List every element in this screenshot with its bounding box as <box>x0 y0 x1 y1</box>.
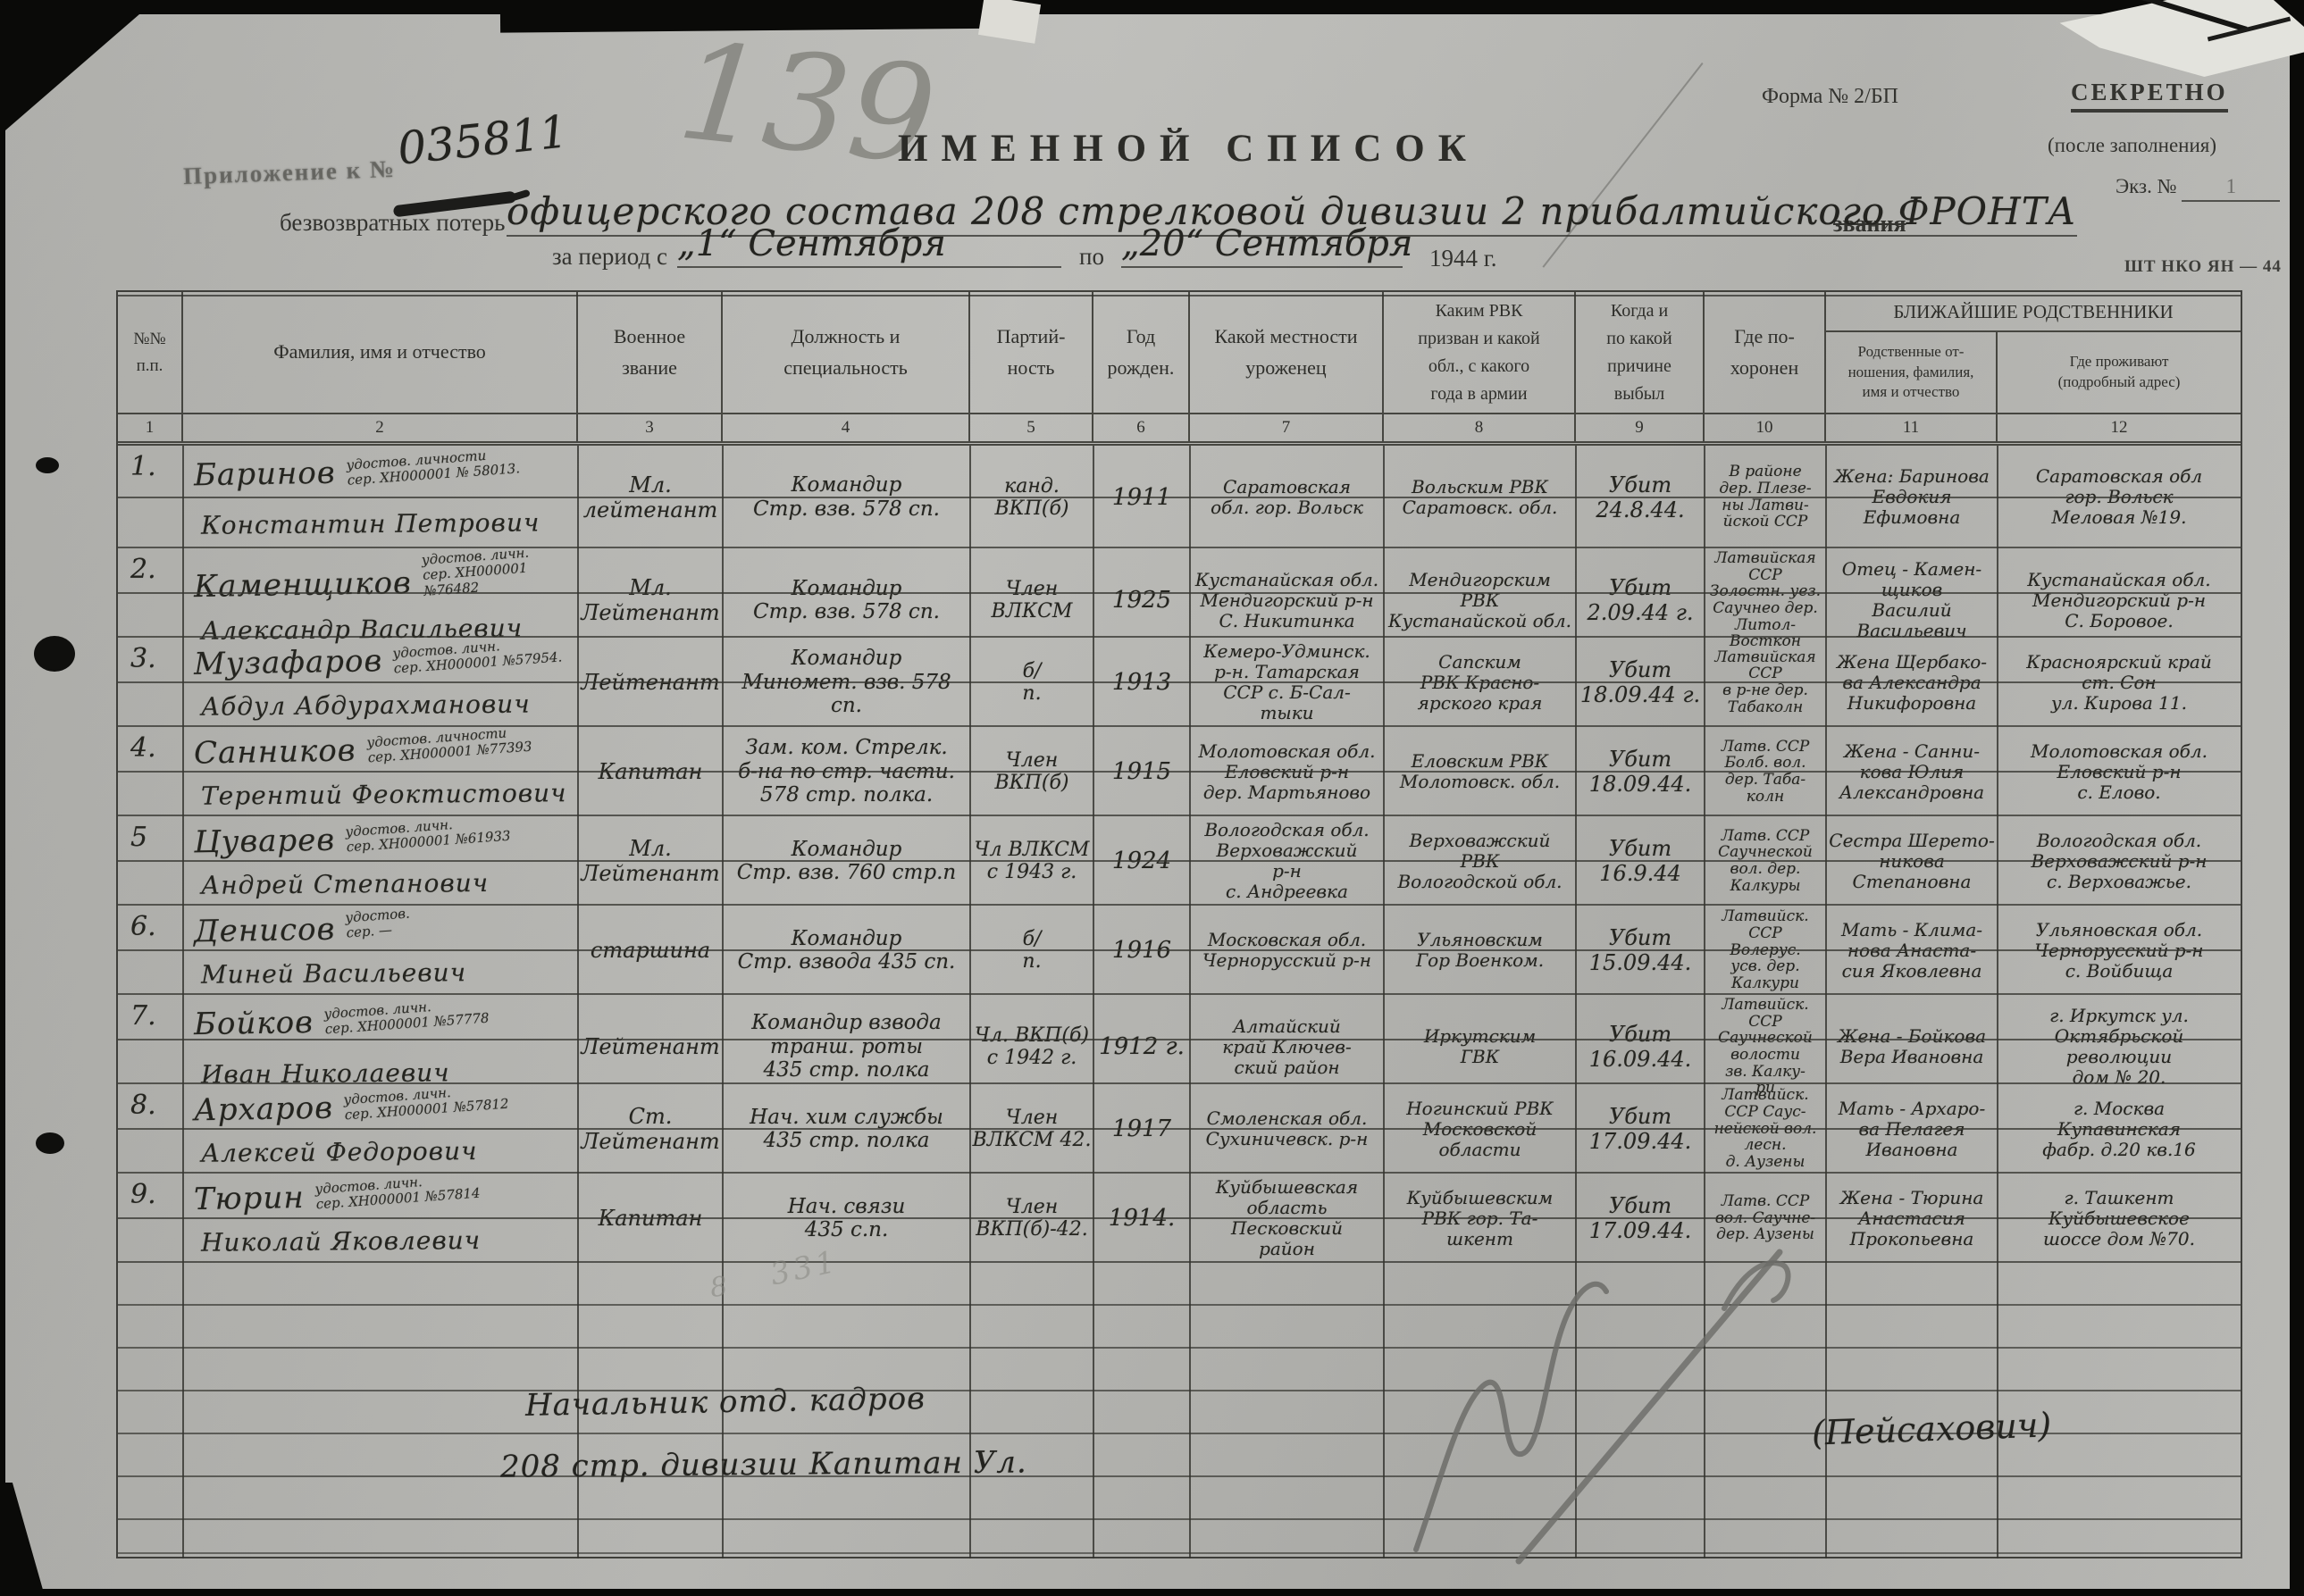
signature-title-line2: 208 стр. дивизии Капитан Ул. <box>500 1444 1027 1484</box>
surname: Денисов <box>194 911 336 949</box>
copy-number-value: 1 <box>2182 175 2280 202</box>
id-certificate-note: удостов. личн. сер. ХН000001 №57814 <box>314 1171 481 1213</box>
losses-table: №№ п.п. Фамилия, имя и отчество Военное … <box>116 290 2242 1558</box>
table-entry: 2.Каменщиковудостов. личн. сер. ХН000001… <box>118 548 2241 638</box>
col-header-buried: Где по- хоронен <box>1705 292 1826 413</box>
secrecy-note: (после заполнения) <box>2048 134 2216 157</box>
column-number: 5 <box>970 414 1093 441</box>
punch-hole <box>34 636 75 672</box>
column-number: 2 <box>183 414 578 441</box>
secrecy-stamp: СЕКРЕТНО <box>2071 79 2228 113</box>
table-entry: 9.Тюринудостов. личн. сер. ХН000001 №578… <box>118 1174 2241 1263</box>
col-header-relative: Родственные от- ношения, фамилия, имя и … <box>1826 332 1998 413</box>
col-header-party: Партий- ность <box>970 292 1093 413</box>
column-number: 4 <box>723 414 970 441</box>
col-group-relatives: БЛИЖАЙШИЕ РОДСТВЕННИКИ Родственные от- н… <box>1826 292 2241 413</box>
table-entry: 7.Бойковудостов. личн. сер. ХН000001 №57… <box>118 995 2241 1084</box>
col-header-name: Фамилия, имя и отчество <box>183 292 578 413</box>
surname: Каменщиков <box>194 564 412 604</box>
table-entry: 6.Денисовудостов. сер. —Миней Васильевич… <box>118 906 2241 995</box>
form-code-stamp: ШТ НКО ЯН — 44 <box>2124 257 2282 277</box>
relatives-group-title: БЛИЖАЙШИЕ РОДСТВЕННИКИ <box>1826 292 2241 332</box>
ruled-line <box>118 681 2241 683</box>
table-entry: 8.Архаровудостов. личн. сер. ХН000001 №5… <box>118 1084 2241 1174</box>
surname: Баринов <box>194 455 336 493</box>
column-number: 7 <box>1190 414 1384 441</box>
col-header-index: №№ п.п. <box>118 292 183 413</box>
period-from: „1“ Сентября <box>677 223 1061 268</box>
id-certificate-note: удостов. личн. сер. ХН000001 №57954. <box>392 635 563 678</box>
column-number: 12 <box>1998 414 2241 441</box>
surname: Бойков <box>194 1005 314 1042</box>
column-number: 9 <box>1576 414 1705 441</box>
given-name: Миней Васильевич <box>194 957 574 990</box>
signature-name: (Пейсахович) <box>1811 1405 2052 1452</box>
table-entries: 1.Бариновудостов. личности сер. ХН000001… <box>118 446 2241 1558</box>
punch-hole <box>36 1132 64 1154</box>
col-header-rank: Военное звание <box>578 292 723 413</box>
id-certificate-note: удостов. личн. сер. ХН000001 №61933 <box>345 814 511 856</box>
column-number: 11 <box>1826 414 1998 441</box>
column-numbers-row: 123456789101112 <box>118 413 2241 446</box>
ruled-line <box>118 592 2241 594</box>
id-certificate-note: удостов. личности сер. ХН000001 №77393 <box>366 724 532 766</box>
ruled-line <box>118 1039 2241 1040</box>
period-to: „20“ Сентября <box>1121 223 1403 268</box>
ruled-line <box>118 1217 2241 1219</box>
punch-hole <box>36 457 59 473</box>
table-entry: 1.Бариновудостов. личности сер. ХН000001… <box>118 446 2241 548</box>
period-year: 1944 г. <box>1429 245 1497 272</box>
ruled-line <box>118 497 2241 498</box>
ruled-line <box>118 1128 2241 1130</box>
surname: Санников <box>194 732 356 771</box>
id-certificate-note: удостов. личн. сер. ХН000001 №57812 <box>343 1082 509 1124</box>
surname: Тюрин <box>194 1180 305 1217</box>
ruled-line <box>118 860 2241 862</box>
given-name: Николай Яковлевич <box>194 1224 574 1258</box>
surname: Музафаров <box>194 643 383 682</box>
given-name: Терентий Феоктистович <box>194 778 574 811</box>
period-to-label: по <box>1079 243 1104 271</box>
copy-number-label: Экз. № 1 <box>2115 175 2280 202</box>
given-name: Абдул Абдурахманович <box>194 689 574 722</box>
col-header-fate: Когда и по какой причине выбыл <box>1576 292 1705 413</box>
surname: Архаров <box>194 1090 334 1128</box>
column-number: 6 <box>1093 414 1190 441</box>
subtitle-printed: безвозвратных потерь <box>280 209 505 237</box>
id-certificate-note: удостов. личн. сер. ХН000001 №76482 <box>421 542 575 598</box>
column-number: 10 <box>1705 414 1826 441</box>
surname: Цуварев <box>194 822 336 860</box>
table-entry: 4.Санниковудостов. личности сер. ХН00000… <box>118 727 2241 816</box>
given-name: Андрей Степанович <box>194 867 574 900</box>
col-header-origin: Какой местности уроженец <box>1190 292 1384 413</box>
document-title: ИМЕННОЙ СПИСОК <box>898 127 1479 171</box>
signature-title-line1: Начальник отд. кадров <box>525 1381 926 1424</box>
id-certificate-note: удостов. личн. сер. ХН000001 №57778 <box>323 996 490 1038</box>
column-number: 3 <box>578 414 723 441</box>
col-header-rvk: Каким РВК призван и какой обл., с какого… <box>1384 292 1576 413</box>
ruled-line <box>118 1261 2241 1263</box>
table-header-row: №№ п.п. Фамилия, имя и отчество Военное … <box>118 292 2241 413</box>
col-header-address: Где проживают (подробный адрес) <box>1998 332 2241 413</box>
form-number: Форма № 2/БП <box>1762 85 1898 109</box>
period-label: за период с <box>552 243 667 271</box>
col-header-position: Должность и специальность <box>723 292 970 413</box>
column-number: 8 <box>1384 414 1576 441</box>
col-header-year: Год рожден. <box>1093 292 1190 413</box>
given-name: Алексей Федорович <box>194 1135 574 1168</box>
id-certificate-note: удостов. сер. — <box>345 907 412 941</box>
ruled-line <box>118 949 2241 951</box>
table-entry: 5Цуваревудостов. личн. сер. ХН000001 №61… <box>118 816 2241 906</box>
scanned-document-page: Приложение к № 035811 139 ИМЕННОЙ СПИСОК… <box>0 0 2304 1596</box>
given-name: Константин Петрович <box>194 507 574 540</box>
id-certificate-note: удостов. личности сер. ХН000001 № 58013. <box>346 446 521 489</box>
column-number: 1 <box>118 414 183 441</box>
table-entry: 3.Музафаровудостов. личн. сер. ХН000001 … <box>118 638 2241 727</box>
ruled-line <box>118 771 2241 773</box>
